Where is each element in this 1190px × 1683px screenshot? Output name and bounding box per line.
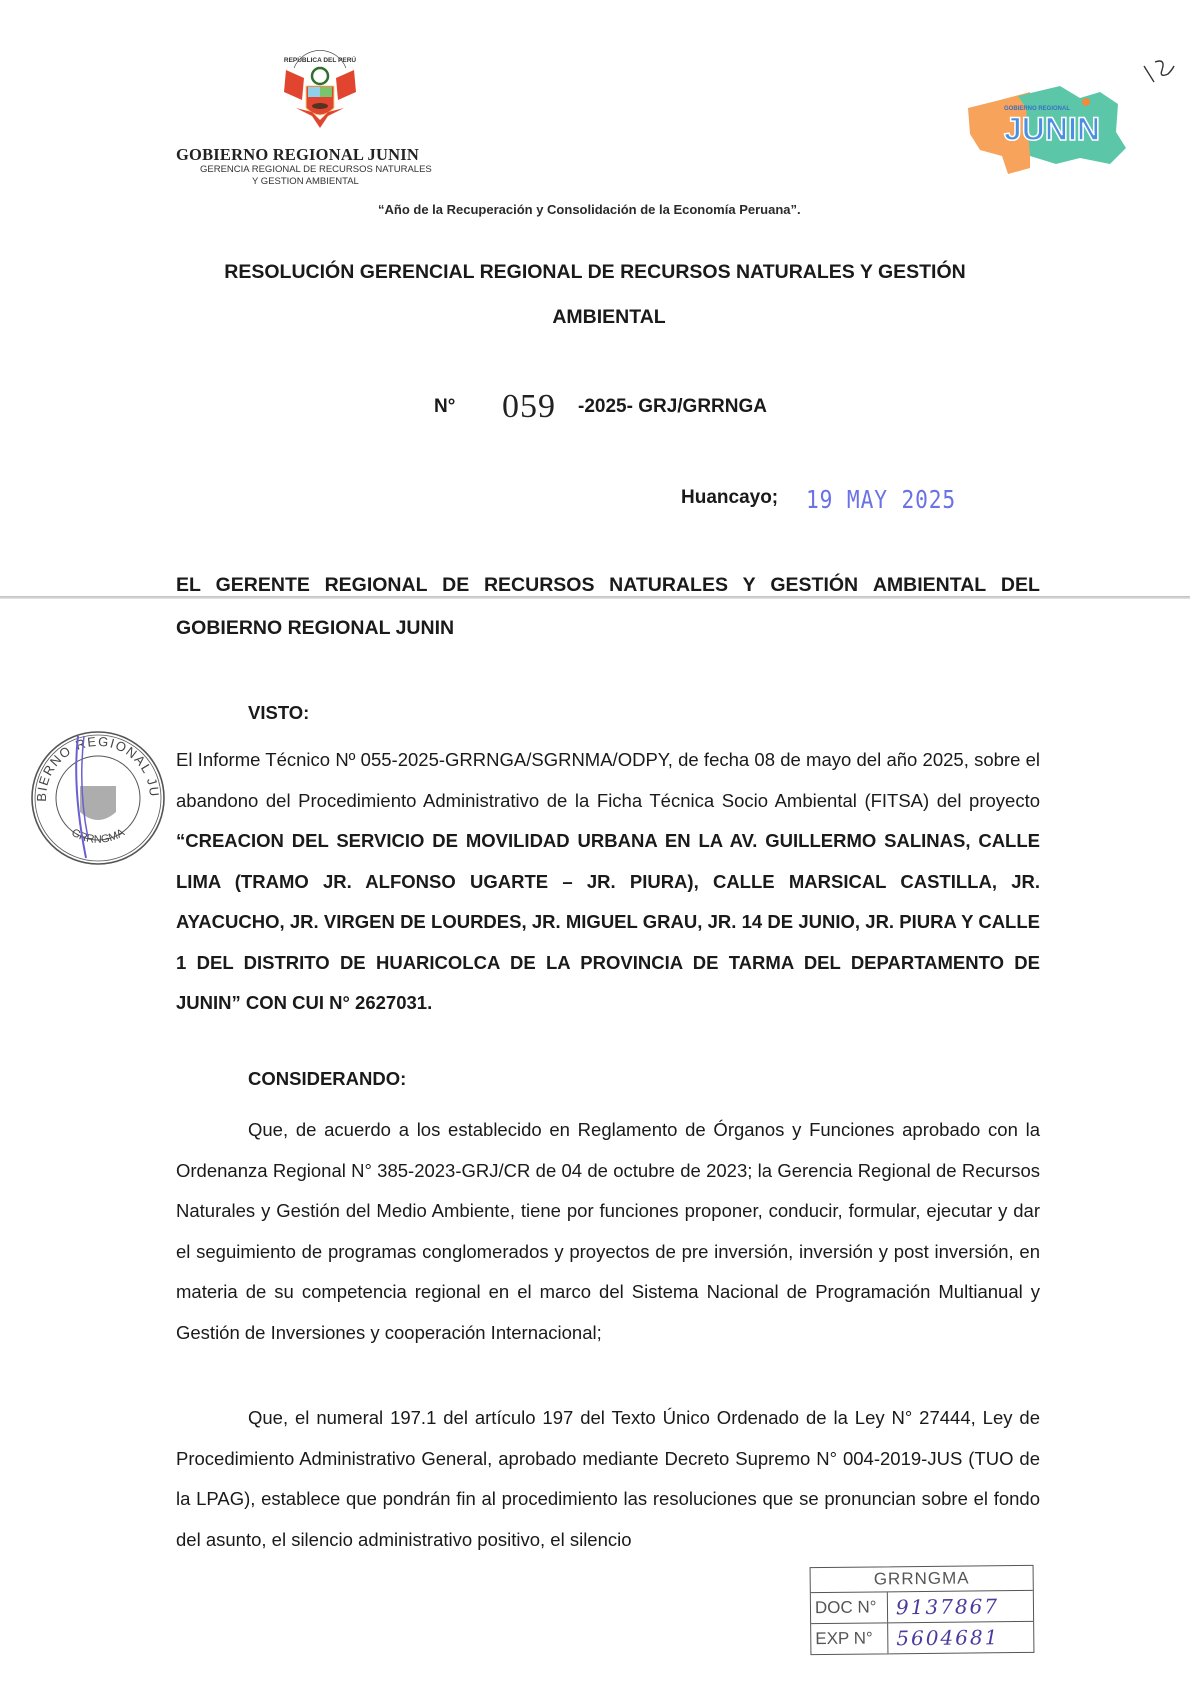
- handwritten-page-number: [1140, 52, 1180, 88]
- visto-heading: VISTO:: [248, 702, 309, 724]
- issuer-heading-line2: GOBIERNO REGIONAL JUNIN: [176, 617, 454, 640]
- issuer-word: Y: [743, 574, 756, 597]
- svg-text:GRRNGMA: GRRNGMA: [69, 826, 127, 845]
- issuer-heading-line1: ELGERENTEREGIONALDERECURSOSNATURALESYGES…: [176, 574, 1040, 597]
- resolution-title-line1: RESOLUCIÓN GERENCIAL REGIONAL DE RECURSO…: [0, 261, 1190, 284]
- issuer-word: RECURSOS: [484, 574, 595, 597]
- project-name: “CREACION DEL SERVICIO DE MOVILIDAD URBA…: [176, 830, 1040, 1013]
- svg-text:JUNIN: JUNIN: [1004, 111, 1100, 147]
- issuer-word: GERENTE: [216, 574, 310, 597]
- considerando-paragraph-2: Que, el numeral 197.1 del artículo 197 d…: [176, 1398, 1040, 1560]
- resolution-number-suffix: -2025- GRJ/GRRNGA: [578, 396, 767, 418]
- official-seal-icon: GOBIERNO REGIONAL JUNÍN GRRNGMA: [28, 728, 168, 868]
- exp-number-value: 5604681: [888, 1622, 1033, 1654]
- issuer-word: GESTIÓN: [770, 574, 858, 597]
- visto-paragraph: El Informe Técnico Nº 055-2025-GRRNGA/SG…: [176, 740, 1040, 1024]
- resolution-number-label: N°: [434, 396, 455, 418]
- issuer-word: NATURALES: [609, 574, 728, 597]
- doc-number-label: DOC N°: [811, 1592, 888, 1623]
- considerando-heading: CONSIDERANDO:: [248, 1068, 406, 1090]
- issuer-word: REGIONAL: [325, 574, 428, 597]
- issuer-word: DE: [442, 574, 469, 597]
- department-name-line1: GERENCIA REGIONAL DE RECURSOS NATURALES: [200, 164, 432, 175]
- reception-office: GRRNGMA: [811, 1566, 1033, 1593]
- junin-regional-logo-icon: GOBIERNO REGIONAL JUNIN: [960, 78, 1130, 178]
- visto-intro-text: El Informe Técnico Nº 055-2025-GRRNGA/SG…: [176, 749, 1040, 811]
- considerando-paragraph-1: Que, de acuerdo a los establecido en Reg…: [176, 1110, 1040, 1353]
- year-motto: “Año de la Recuperación y Consolidación …: [378, 202, 801, 217]
- svg-text:REPÚBLICA DEL PERÚ: REPÚBLICA DEL PERÚ: [284, 55, 357, 64]
- date-stamp: 19 MAY 2025: [806, 485, 956, 514]
- reception-stamp: GRRNGMA DOC N° 9137867 EXP N° 5604681: [810, 1565, 1035, 1655]
- doc-number-value: 9137867: [888, 1591, 1033, 1623]
- resolution-number-stamp: 059: [502, 388, 556, 426]
- issuer-word: AMBIENTAL: [873, 574, 986, 597]
- government-name: GOBIERNO REGIONAL JUNIN: [176, 145, 476, 165]
- department-name-line2: Y GESTION AMBIENTAL: [252, 176, 359, 187]
- issuer-word: DEL: [1001, 574, 1040, 597]
- issuer-word: EL: [176, 574, 201, 597]
- peru-coat-of-arms-icon: REPÚBLICA DEL PERÚ: [272, 48, 368, 136]
- exp-number-label: EXP N°: [811, 1623, 888, 1654]
- place-label: Huancayo;: [681, 487, 778, 509]
- resolution-title-line2: AMBIENTAL: [0, 306, 1190, 329]
- scan-rule-divider: [0, 596, 1190, 599]
